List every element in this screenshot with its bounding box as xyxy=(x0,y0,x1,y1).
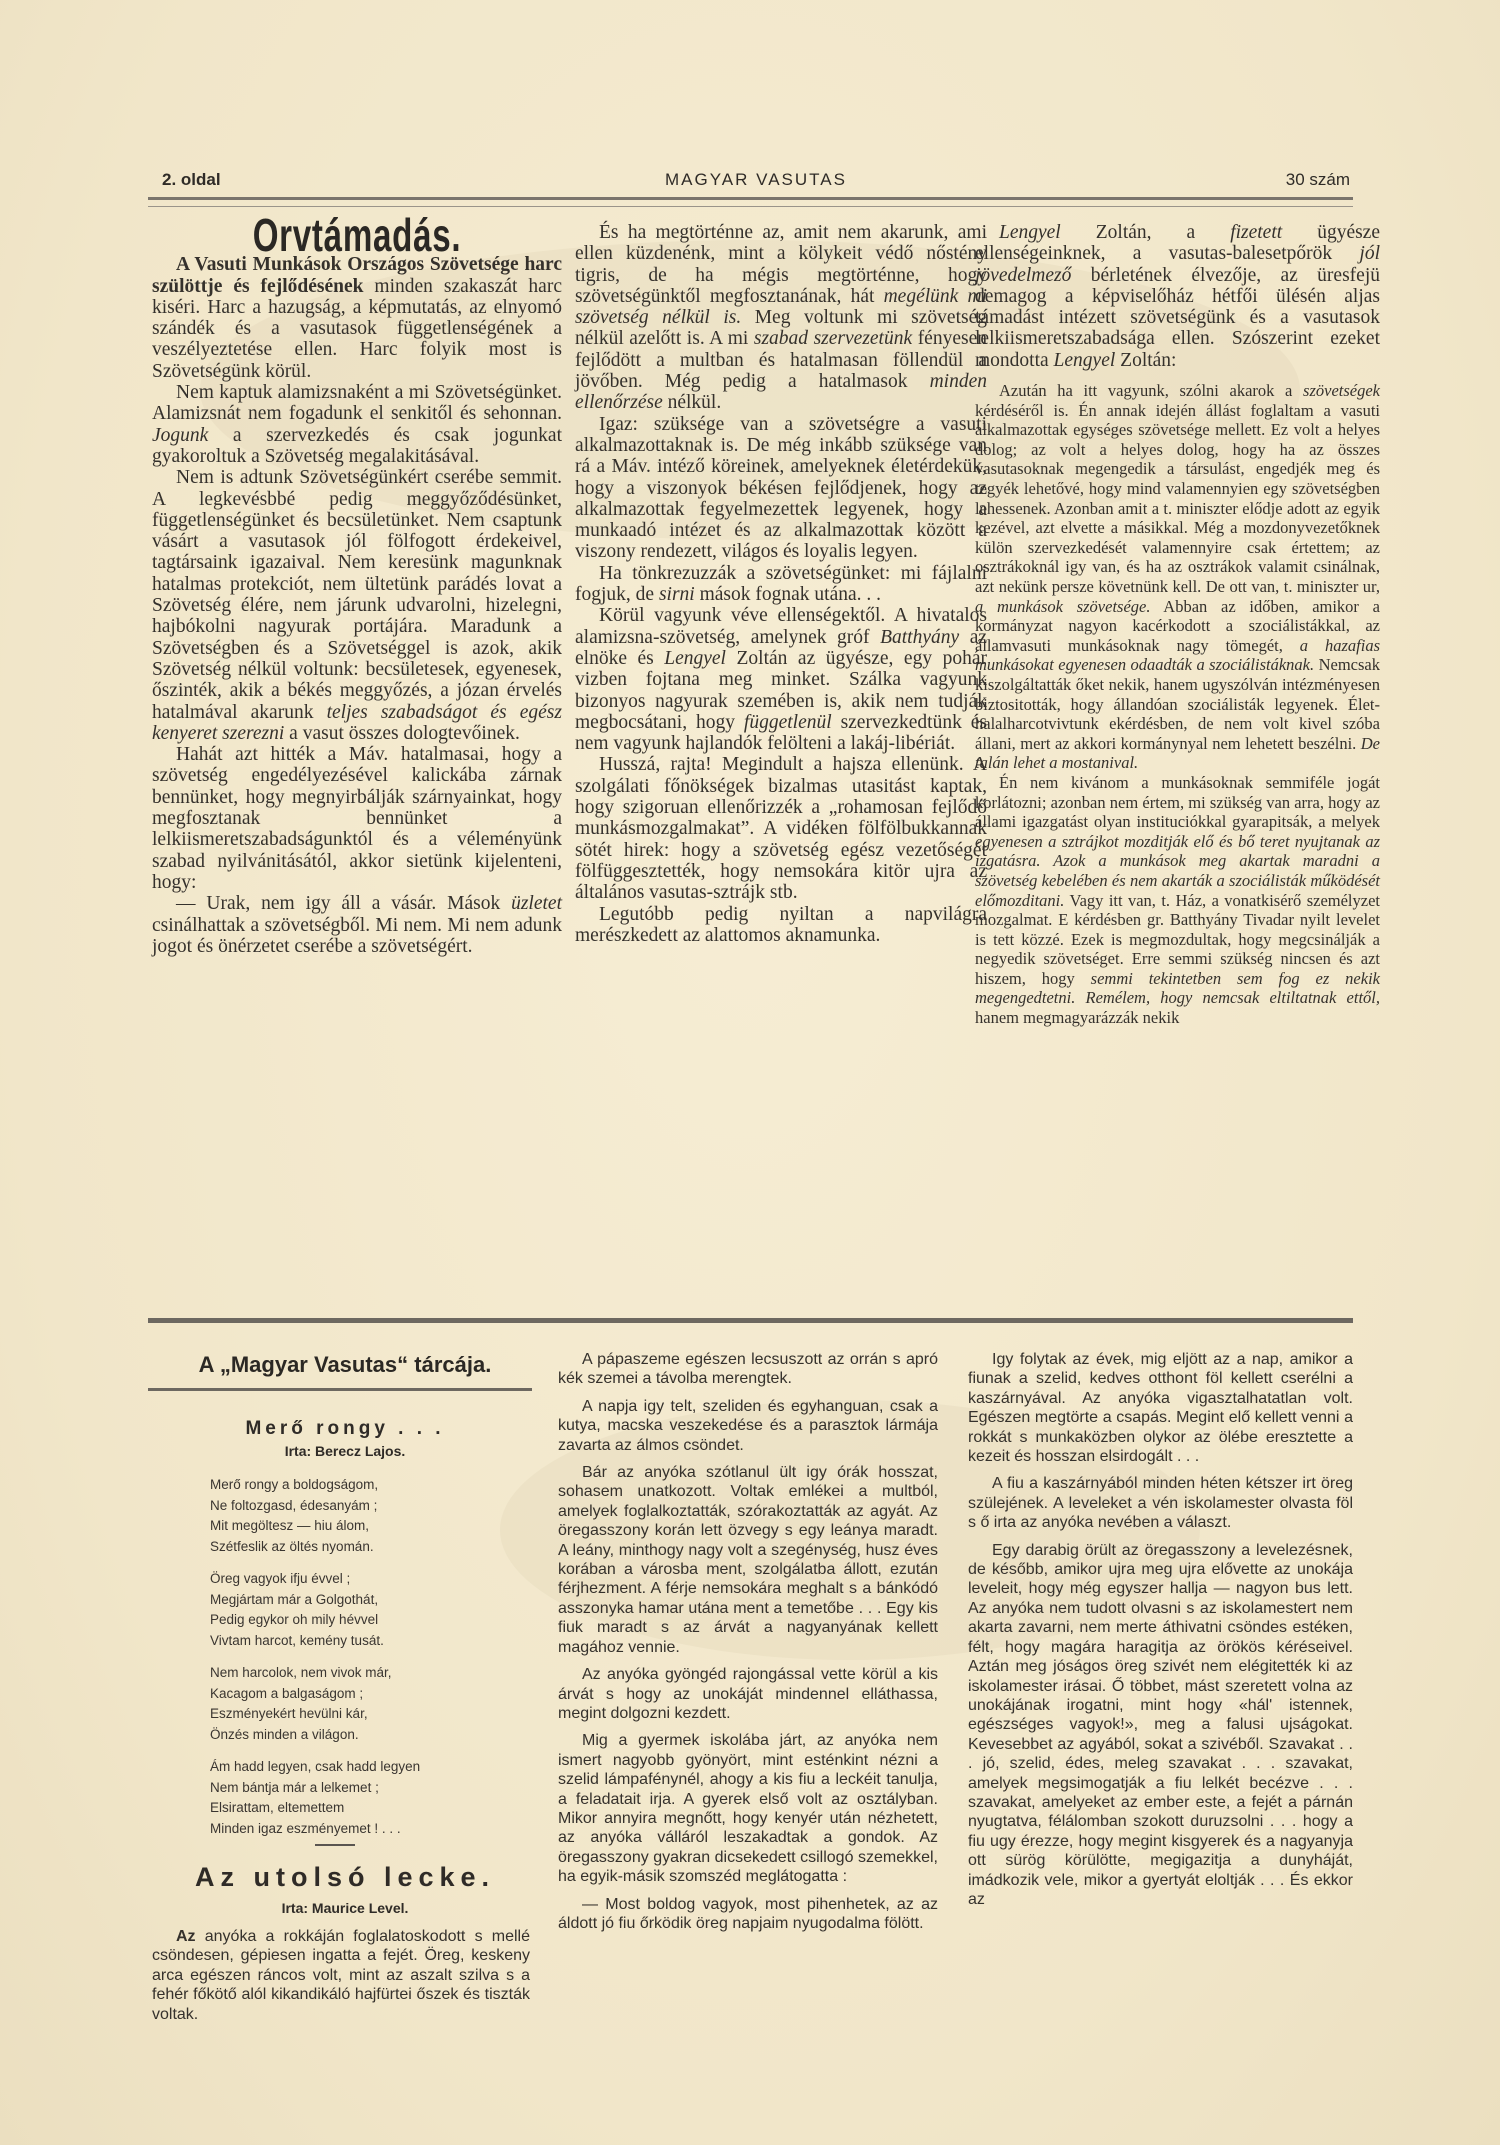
paragraph: Legutóbb pedig nyiltan a napvilágra meré… xyxy=(575,904,987,947)
tarca-title-rule xyxy=(148,1388,532,1391)
poem-line: Pedig egykor oh mily hévvel xyxy=(210,1610,530,1631)
issue-number: 30 szám xyxy=(1286,170,1350,190)
story-column-1: Az anyóka a rokkáján foglalatoskodott s … xyxy=(152,1927,530,2032)
poem-stanza: Ám hadd legyen, csak hadd legyenNem bánt… xyxy=(210,1757,530,1839)
separator-dash xyxy=(315,1844,355,1846)
poem-line: Vivtam harcot, kemény tusát. xyxy=(210,1631,530,1652)
article-col3-intro: Lengyel Zoltán, a fizetett ügyésze ellen… xyxy=(975,222,1380,371)
poem-body: Merő rongy a boldogságom,Ne foltozgasd, … xyxy=(210,1475,530,1851)
paragraph: Lengyel Zoltán, a fizetett ügyésze ellen… xyxy=(975,222,1380,371)
poem-line: Merő rongy a boldogságom, xyxy=(210,1475,530,1496)
poem-line: Kacagom a balgaságom ; xyxy=(210,1684,530,1705)
article-col2-body: És ha megtörténne az, amit nem akarunk, … xyxy=(575,222,987,946)
paragraph: Egy darabig örült az öregasszony a level… xyxy=(968,1541,1353,1910)
parliament-quote: Azután ha itt vagyunk, szólni akarok a s… xyxy=(975,381,1380,1028)
poem-line: Eszményekért hevülni kár, xyxy=(210,1704,530,1725)
paragraph: Husszá, rajta! Megindult a hajsza ellenü… xyxy=(575,754,987,903)
poem-title: Merő rongy . . . xyxy=(160,1418,530,1440)
poem-line: Megjártam már a Golgothát, xyxy=(210,1590,530,1611)
paragraph: Az anyóka gyöngéd rajongással vette körü… xyxy=(558,1665,938,1723)
paragraph: Én nem kivánom a munkásoknak semmiféle j… xyxy=(975,773,1380,1028)
paragraph: A fiu a kaszárnyából minden héten kétsze… xyxy=(968,1474,1353,1532)
poem-line: Öreg vagyok ifju évvel ; xyxy=(210,1569,530,1590)
story-column-3: Igy folytak az évek, mig eljött az a nap… xyxy=(968,1350,1353,1917)
paragraph: Ha tönkrezuzzák a szövetségünket: mi fáj… xyxy=(575,563,987,606)
paragraph: Az anyóka a rokkáján foglalatoskodott s … xyxy=(152,1927,530,2024)
article-col1-body: A Vasuti Munkások Országos Szövetsége ha… xyxy=(152,254,562,957)
poem-line: Nem bántja már a lelkemet ; xyxy=(210,1778,530,1799)
poem-line: Önzés minden a világon. xyxy=(210,1725,530,1746)
paragraph: Igy folytak az évek, mig eljött az a nap… xyxy=(968,1350,1353,1466)
paragraph: És ha megtörténne az, amit nem akarunk, … xyxy=(575,222,987,414)
story-author: Irta: Maurice Level. xyxy=(160,1900,530,1916)
section-divider xyxy=(148,1318,1353,1323)
paragraph: — Urak, nem igy áll a vásár. Mások üzlet… xyxy=(152,893,562,957)
story-column-2: A pápaszeme egészen lecsuszott az orrán … xyxy=(558,1350,938,1941)
paragraph: Igaz: szüksége van a szövetségre a vasut… xyxy=(575,414,987,563)
article-column-2: És ha megtörténne az, amit nem akarunk, … xyxy=(575,222,987,946)
poem-line: Ám hadd legyen, csak hadd legyen xyxy=(210,1757,530,1778)
poem-line: Minden igaz eszményemet ! . . . xyxy=(210,1819,530,1840)
newspaper-page: 2. oldal MAGYAR VASUTAS 30 szám Orvtámad… xyxy=(0,0,1500,2145)
poem-line: Nem harcolok, nem vivok már, xyxy=(210,1663,530,1684)
poem-stanza: Merő rongy a boldogságom,Ne foltozgasd, … xyxy=(210,1475,530,1557)
poem-line: Mit megöltesz — hiu álom, xyxy=(210,1516,530,1537)
article-column-3: Lengyel Zoltán, a fizetett ügyésze ellen… xyxy=(975,222,1380,1028)
article-title: Orvtámadás. xyxy=(209,225,504,246)
poem-stanza: Nem harcolok, nem vivok már,Kacagom a ba… xyxy=(210,1663,530,1745)
poem-line: Ne foltozgasd, édesanyám ; xyxy=(210,1496,530,1517)
paragraph: Bár az anyóka szótlanul ült igy órák hos… xyxy=(558,1463,938,1657)
paragraph: Hahát azt hitték a Máv. hatalmasai, hogy… xyxy=(152,744,562,893)
page-header: 2. oldal MAGYAR VASUTAS 30 szám xyxy=(162,170,1350,196)
poem-stanza: Öreg vagyok ifju évvel ;Megjártam már a … xyxy=(210,1569,530,1651)
poem-author: Irta: Berecz Lajos. xyxy=(160,1443,530,1459)
paragraph: Nem kaptuk alamizsnaként a mi Szövetségü… xyxy=(152,382,562,467)
poem-line: Elsirattam, eltemettem xyxy=(210,1798,530,1819)
paragraph: Nem is adtunk Szövetségünkért cserébe se… xyxy=(152,467,562,744)
article-column-1: Orvtámadás. A Vasuti Munkások Országos S… xyxy=(152,225,562,957)
paragraph: A napja igy telt, szeliden és egyhanguan… xyxy=(558,1397,938,1455)
poem-line: Szétfeslik az öltés nyomán. xyxy=(210,1537,530,1558)
paragraph: Mig a gyermek iskolába járt, az anyóka n… xyxy=(558,1731,938,1886)
tarca-section-title: A „Magyar Vasutas“ tárcája. xyxy=(160,1352,530,1378)
paragraph: — Most boldog vagyok, most pihenhetek, a… xyxy=(558,1895,938,1934)
header-rule xyxy=(148,197,1353,207)
story-title: Az utolsó lecke. xyxy=(160,1862,530,1893)
paragraph: A pápaszeme egészen lecsuszott az orrán … xyxy=(558,1350,938,1389)
paragraph: Körül vagyunk véve ellenségektől. A hiva… xyxy=(575,605,987,754)
newspaper-title: MAGYAR VASUTAS xyxy=(162,170,1350,190)
paragraph: Azután ha itt vagyunk, szólni akarok a s… xyxy=(975,381,1380,773)
paragraph: A Vasuti Munkások Országos Szövetsége ha… xyxy=(152,254,562,382)
